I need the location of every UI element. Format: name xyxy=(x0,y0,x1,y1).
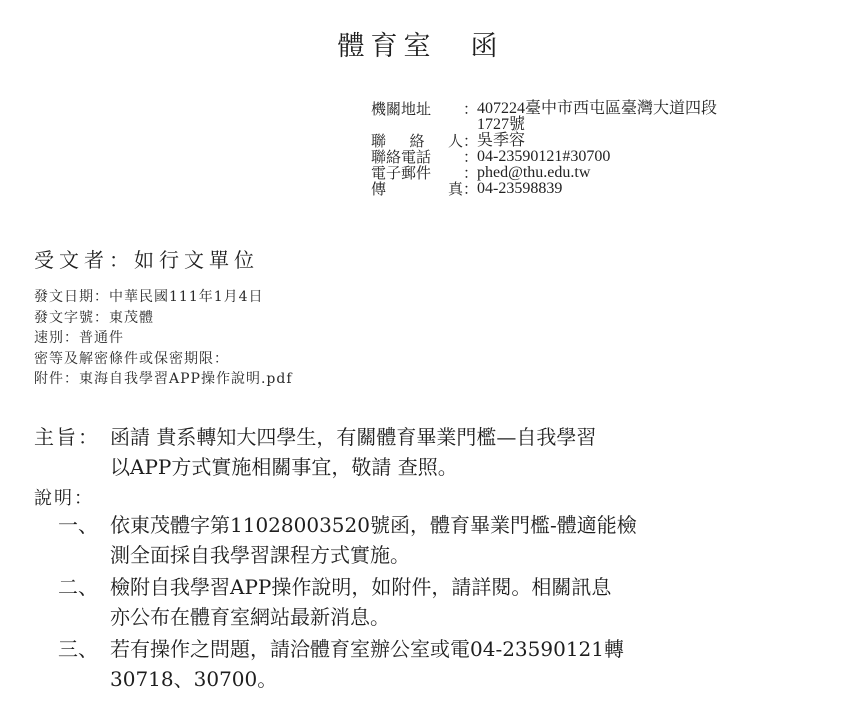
subject-block: 主旨： 函請 貴系轉知大四學生，有關體育畢業門檻—自我學習 以APP方式實施相關… xyxy=(34,422,596,482)
meta-attachment: 附件：東海自我學習APP操作說明.pdf xyxy=(34,369,293,390)
recipient-line: 受文者：如行文單位 xyxy=(34,244,259,273)
attachment-value[interactable]: 東海自我學習APP操作說明.pdf xyxy=(79,371,293,387)
subject-label: 主旨 xyxy=(34,425,78,449)
issuing-office: 體育室 xyxy=(338,31,437,62)
contact-phone-row: 聯絡電話 ： 04-23590121#30700 xyxy=(371,149,717,165)
email-value: phed@thu.edu.tw xyxy=(477,165,590,181)
document-type: 函 xyxy=(471,31,504,62)
item-text-line-1: 檢附自我學習APP操作說明，如附件，請詳閱。相關訊息 xyxy=(110,572,611,602)
recipient-label: 受文者 xyxy=(34,248,109,272)
meta-date: 發文日期：中華民國111年1月4日 xyxy=(34,287,293,308)
item-text-line-2: 測全面採自我學習課程方式實施。 xyxy=(58,540,637,570)
phone-value: 04-23590121#30700 xyxy=(477,149,610,165)
doc-no-label: 發文字號 xyxy=(34,310,94,326)
contact-person-row: 聯絡人 ： 吳季容 xyxy=(371,133,717,149)
speed-label: 速別 xyxy=(34,330,64,346)
explanation-heading: 說明： xyxy=(34,484,94,510)
item-text-line-1: 若有操作之問題，請洽體育室辦公室或電04-23590121轉 xyxy=(110,634,624,664)
meta-security: 密等及解密條件或保密期限： xyxy=(34,349,293,370)
explanation-item: 三、 若有操作之問題，請洽體育室辦公室或電04-23590121轉 30718、… xyxy=(58,634,637,694)
official-letter: 體育室函 機關地址 ： 407224臺中市西屯區臺灣大道四段 1727號 聯絡人… xyxy=(0,0,841,713)
contact-block: 機關地址 ： 407224臺中市西屯區臺灣大道四段 1727號 聯絡人 ： 吳季… xyxy=(371,101,717,197)
meta-doc-no: 發文字號：東茂體 xyxy=(34,308,293,329)
speed-value: 普通件 xyxy=(79,330,124,346)
letter-title: 體育室函 xyxy=(0,24,841,63)
explanation-item: 一、 依東茂體字第11028003520號函，體育畢業門檻-體適能檢 測全面採自… xyxy=(58,510,637,570)
item-text-line-2: 亦公布在體育室網站最新消息。 xyxy=(58,602,637,632)
item-text-line-1: 依東茂體字第11028003520號函，體育畢業門檻-體適能檢 xyxy=(110,510,637,540)
item-number: 一、 xyxy=(58,510,110,540)
doc-no-value: 東茂體 xyxy=(109,310,154,326)
email-label: 電子郵件 xyxy=(371,165,463,181)
person-label: 聯絡人 xyxy=(371,133,463,149)
contact-address-cont: 1727號 xyxy=(371,117,717,133)
item-number: 三、 xyxy=(58,634,110,664)
attachment-label: 附件 xyxy=(34,371,64,387)
contact-address-row: 機關地址 ： 407224臺中市西屯區臺灣大道四段 xyxy=(371,101,717,117)
subject-line-2: 以APP方式實施相關事宜，敬請 查照。 xyxy=(34,452,596,482)
address-value-cont: 1727號 xyxy=(477,117,525,133)
contact-fax-row: 傳真 ： 04-23598839 xyxy=(371,181,717,197)
item-number: 二、 xyxy=(58,572,110,602)
contact-email-row: 電子郵件 ： phed@thu.edu.tw xyxy=(371,165,717,181)
meta-block: 發文日期：中華民國111年1月4日 發文字號：東茂體 速別：普通件 密等及解密條… xyxy=(34,287,293,390)
subject-line-1: 函請 貴系轉知大四學生，有關體育畢業門檻—自我學習 xyxy=(110,422,596,452)
recipient-value: 如行文單位 xyxy=(134,248,259,272)
security-label: 密等及解密條件或保密期限 xyxy=(34,351,214,367)
meta-speed: 速別：普通件 xyxy=(34,328,293,349)
date-label: 發文日期 xyxy=(34,289,94,305)
fax-value: 04-23598839 xyxy=(477,181,562,197)
item-text-line-2: 30718、30700。 xyxy=(58,664,637,694)
address-label: 機關地址 xyxy=(371,101,463,117)
fax-label: 傳真 xyxy=(371,181,463,197)
explanation-list: 一、 依東茂體字第11028003520號函，體育畢業門檻-體適能檢 測全面採自… xyxy=(58,510,637,696)
phone-label: 聯絡電話 xyxy=(371,149,463,165)
explanation-item: 二、 檢附自我學習APP操作說明，如附件，請詳閱。相關訊息 亦公布在體育室網站最… xyxy=(58,572,637,632)
date-value: 中華民國111年1月4日 xyxy=(109,289,264,305)
person-value: 吳季容 xyxy=(477,133,525,149)
address-value: 407224臺中市西屯區臺灣大道四段 xyxy=(477,101,717,117)
